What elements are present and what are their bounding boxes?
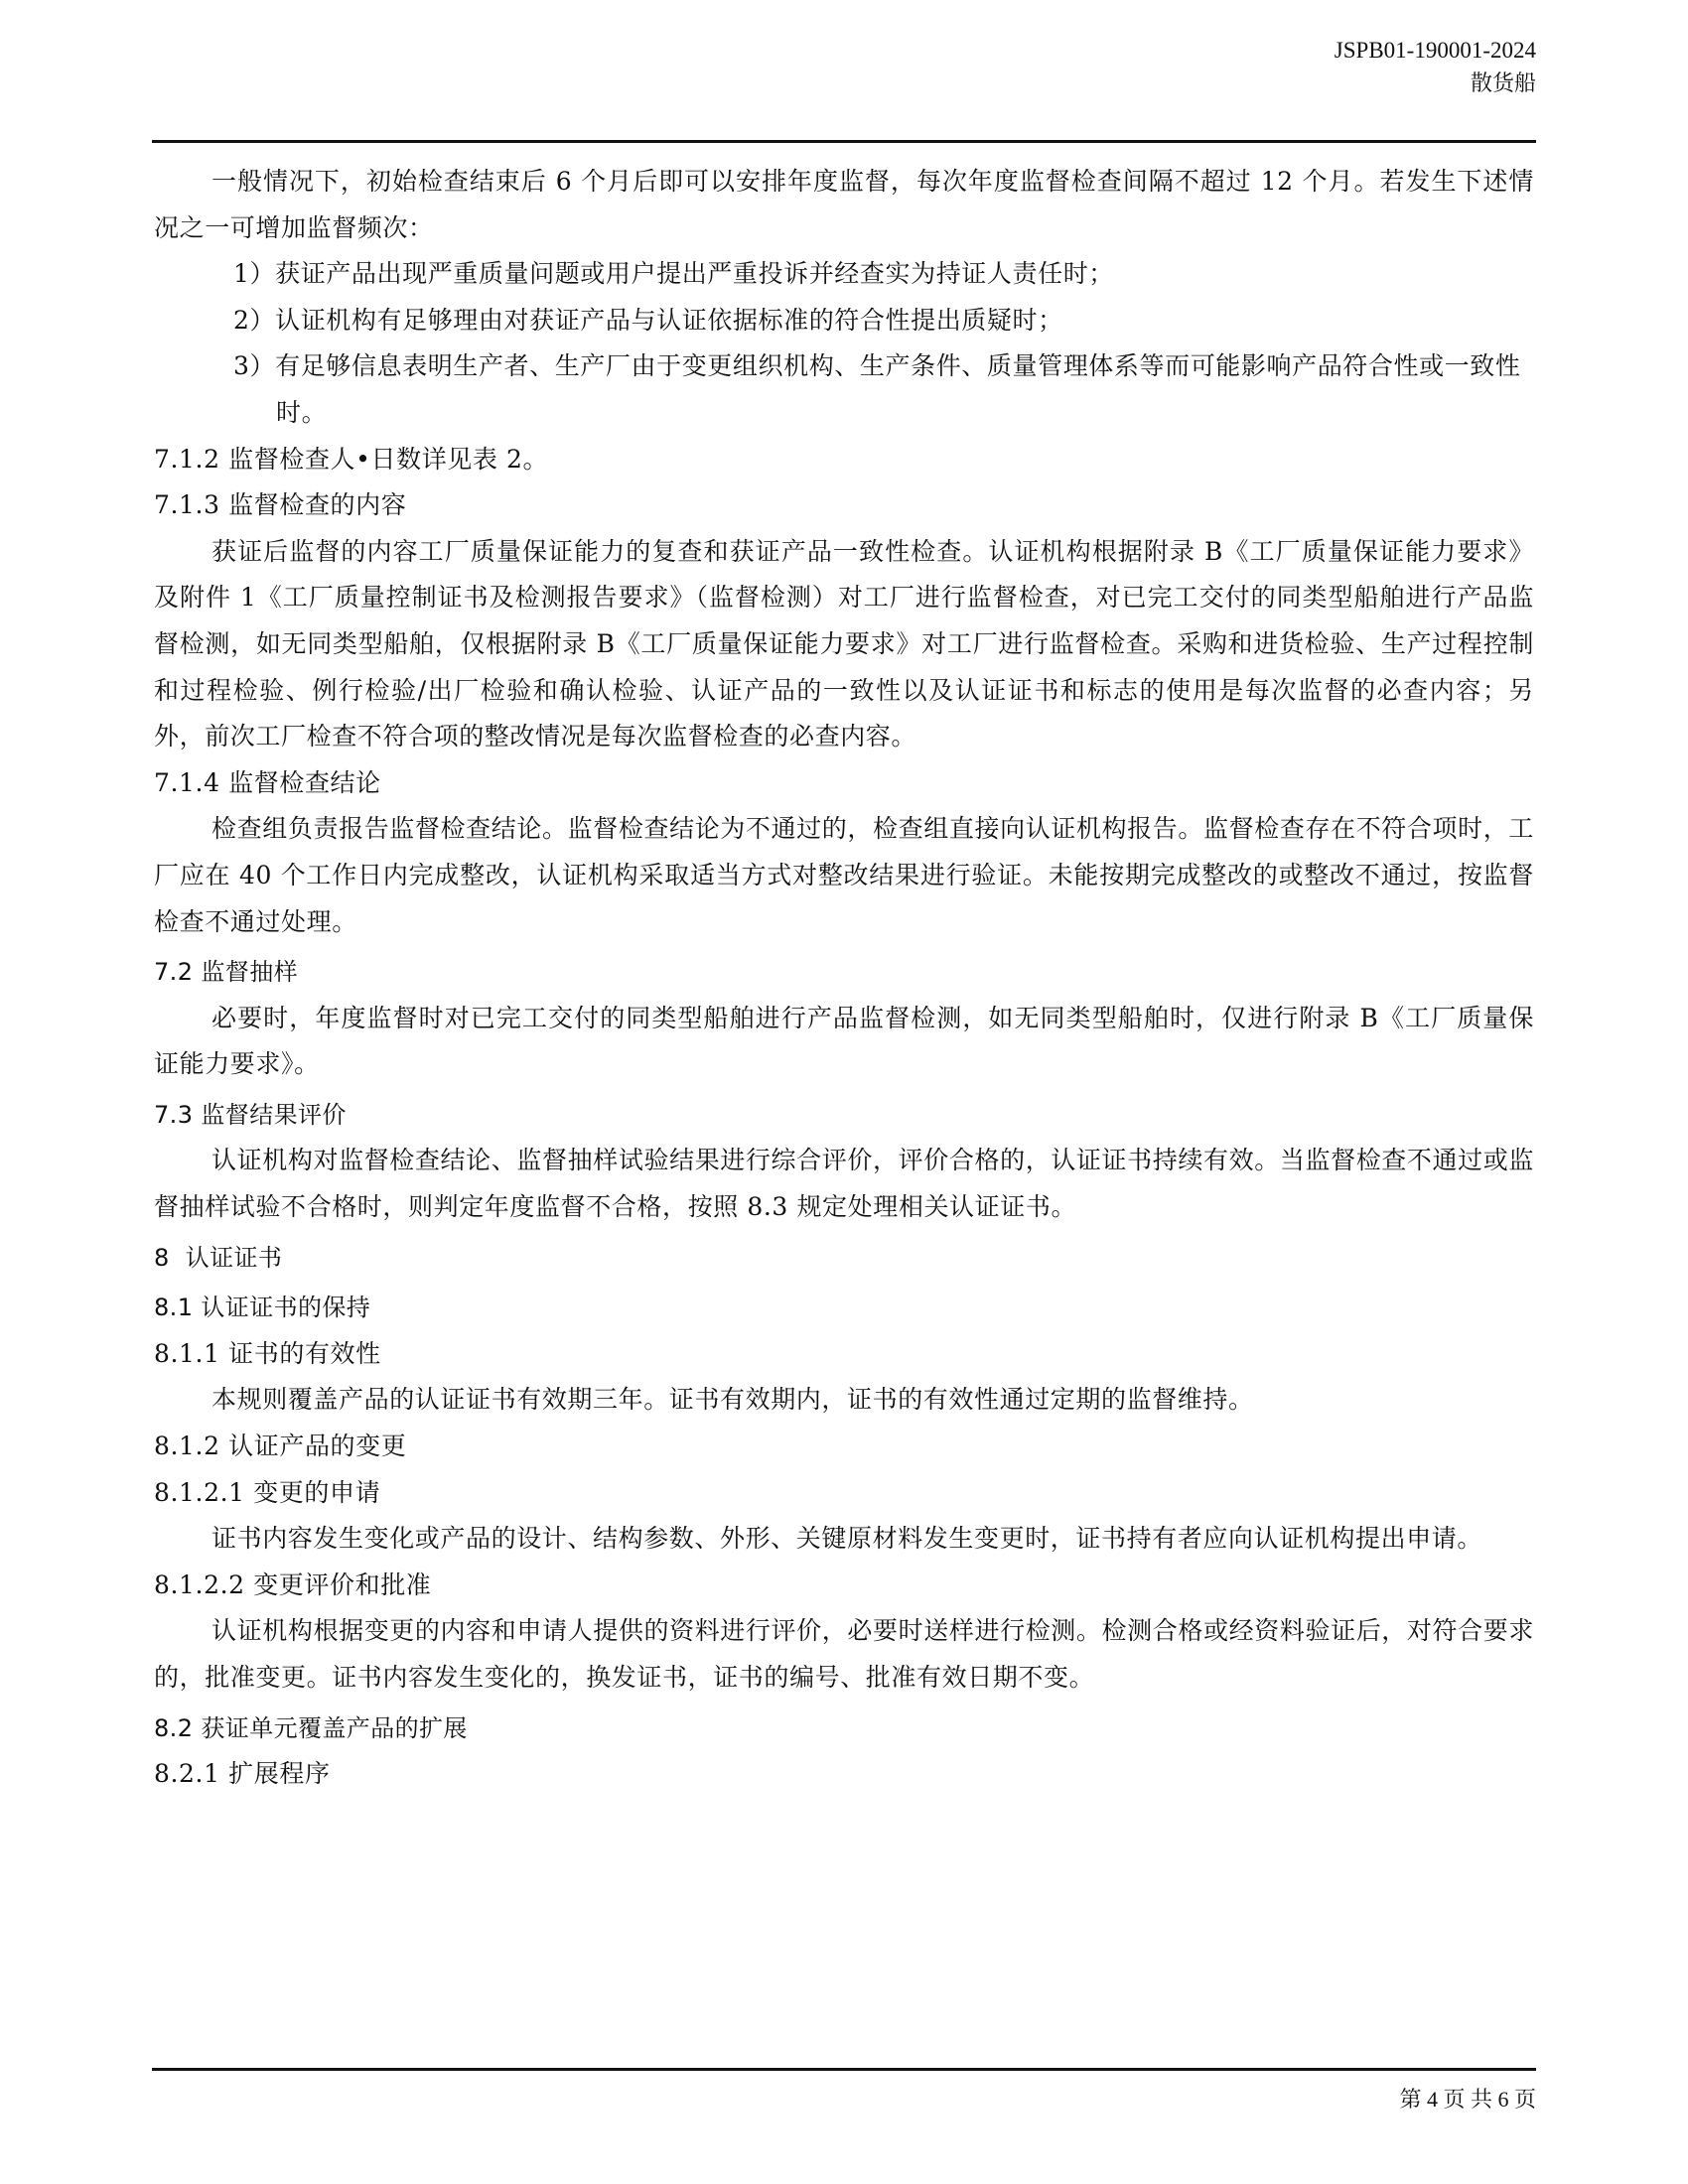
list-item: 2）认证机构有足够理由对获证产品与认证依据标准的符合性提出质疑时； — [233, 298, 1534, 344]
section-7-3-title: 7.3 监督结果评价 — [154, 1092, 1534, 1139]
section-7-1-4-title: 7.1.4 监督检查结论 — [154, 760, 1534, 807]
section-7-1-3-title: 7.1.3 监督检查的内容 — [154, 482, 1534, 529]
section-8-1-2-1-title: 8.1.2.1 变更的申请 — [154, 1470, 1534, 1517]
section-8-1-title: 8.1 认证证书的保持 — [154, 1285, 1534, 1331]
section-7-2-text: 必要时，年度监督时对已完工交付的同类型船舶进行产品监督检测，如无同类型船舶时，仅… — [154, 996, 1534, 1088]
document-subject: 散货船 — [1471, 69, 1536, 99]
section-7-2-title: 7.2 监督抽样 — [154, 949, 1534, 996]
page-number: 第 4 页 共 6 页 — [1399, 2083, 1536, 2114]
footer-rule — [152, 2068, 1536, 2071]
list-item: 3）有足够信息表明生产者、生产厂由于变更组织机构、生产条件、质量管理体系等而可能… — [233, 343, 1534, 436]
section-8-1-2-2-text: 认证机构根据变更的内容和申请人提供的资料进行评价，必要时送样进行检测。检测合格或… — [154, 1608, 1534, 1701]
document-body: 一般情况下，初始检查结束后 6 个月后即可以安排年度监督，每次年度监督检查间隔不… — [154, 159, 1534, 1798]
section-8-1-1-title: 8.1.1 证书的有效性 — [154, 1331, 1534, 1378]
section-8-title: 8 认证证书 — [154, 1235, 1534, 1282]
section-7-3-text: 认证机构对监督检查结论、监督抽样试验结果进行综合评价，评价合格的，认证证书持续有… — [154, 1138, 1534, 1230]
section-8-1-2-1-text: 证书内容发生变化或产品的设计、结构参数、外形、关键原材料发生变更时，证书持有者应… — [154, 1516, 1534, 1563]
header-rule — [152, 140, 1536, 143]
section-8-1-2-title: 8.1.2 认证产品的变更 — [154, 1424, 1534, 1470]
list-item: 1）获证产品出现严重质量问题或用户提出严重投诉并经查实为持证人责任时； — [233, 251, 1534, 298]
section-8-1-1-text: 本规则覆盖产品的认证证书有效期三年。证书有效期内，证书的有效性通过定期的监督维持… — [154, 1377, 1534, 1424]
section-7-1-4-text: 检查组负责报告监督检查结论。监督检查结论为不通过的，检查组直接向认证机构报告。监… — [154, 806, 1534, 945]
document-page: JSPB01-190001-2024 散货船 一般情况下，初始检查结束后 6 个… — [0, 0, 1688, 2184]
intro-paragraph: 一般情况下，初始检查结束后 6 个月后即可以安排年度监督，每次年度监督检查间隔不… — [154, 159, 1534, 251]
section-8-2-1-title: 8.2.1 扩展程序 — [154, 1751, 1534, 1798]
section-7-1-3-text: 获证后监督的内容工厂质量保证能力的复查和获证产品一致性检查。认证机构根据附录 B… — [154, 529, 1534, 760]
section-8-1-2-2-title: 8.1.2.2 变更评价和批准 — [154, 1563, 1534, 1609]
document-code: JSPB01-190001-2024 — [1335, 36, 1536, 66]
section-7-1-2: 7.1.2 监督检查人•日数详见表 2。 — [154, 437, 1534, 483]
section-8-2-title: 8.2 获证单元覆盖产品的扩展 — [154, 1706, 1534, 1752]
